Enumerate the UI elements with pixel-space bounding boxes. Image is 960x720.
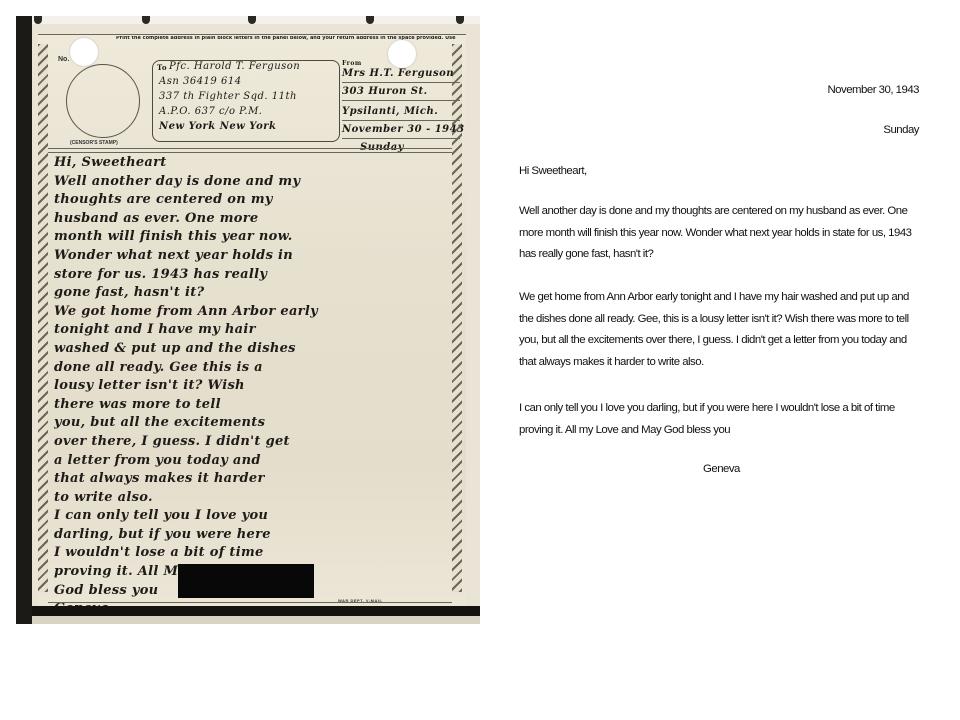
number-label: No. bbox=[58, 56, 69, 63]
scan-border-left bbox=[16, 16, 32, 624]
handwritten-line: month will finish this year now. bbox=[54, 228, 454, 247]
handwritten-line: to write also. bbox=[54, 489, 454, 508]
handwritten-line: there was more to tell bbox=[54, 396, 454, 415]
to-line: 337 th Fighter Sqd. 11th bbox=[159, 91, 297, 102]
to-address-box: To Pfc. Harold T. Ferguson Asn 36419 614… bbox=[152, 60, 340, 142]
handwritten-line: We got home from Ann Arbor early bbox=[54, 303, 454, 322]
from-address-block: From Mrs H.T. Ferguson 303 Huron St. Yps… bbox=[340, 60, 462, 160]
censor-stamp-label: (CENSOR'S STAMP) bbox=[70, 140, 118, 146]
handwritten-line: washed & put up and the dishes bbox=[54, 340, 454, 359]
letter-date: November 30, 1943 bbox=[827, 84, 919, 96]
greeting: Hi Sweetheart, bbox=[519, 161, 919, 183]
hatched-margin-left bbox=[38, 44, 48, 592]
scan-border-top bbox=[32, 16, 480, 24]
handwritten-line: darling, but if you were here bbox=[54, 526, 454, 545]
handwritten-line: you, but all the excitements bbox=[54, 414, 454, 433]
printed-footer: WAR DEPT. V-MAIL bbox=[338, 598, 382, 603]
handwritten-line: tonight and I have my hair bbox=[54, 321, 454, 340]
paragraph-2: We get home from Ann Arbor early tonight… bbox=[519, 287, 919, 373]
scan-border-bottom bbox=[32, 606, 480, 616]
from-line: November 30 - 1943 bbox=[342, 124, 465, 135]
scanned-letter-image: Print the complete address in plain bloc… bbox=[16, 16, 480, 624]
from-line: 303 Huron St. bbox=[342, 86, 428, 97]
handwritten-line: Wonder what next year holds in bbox=[54, 247, 454, 266]
censor-stamp-circle bbox=[66, 64, 140, 138]
handwritten-line: thoughts are centered on my bbox=[54, 191, 454, 210]
handwritten-line: a letter from you today and bbox=[54, 452, 454, 471]
from-line: Mrs H.T. Ferguson bbox=[342, 68, 454, 79]
letter-day: Sunday bbox=[883, 124, 919, 136]
handwritten-line: done all ready. Gee this is a bbox=[54, 359, 454, 378]
handwritten-line: over there, I guess. I didn't get bbox=[54, 433, 454, 452]
handwritten-line: Hi, Sweetheart bbox=[54, 154, 454, 173]
punch-hole-left bbox=[70, 38, 98, 66]
handwritten-line: lousy letter isn't it? Wish bbox=[54, 377, 454, 396]
to-line: Asn 36419 614 bbox=[159, 76, 242, 87]
redaction-block bbox=[178, 564, 314, 598]
handwritten-letter-body: Hi, Sweetheart Well another day is done … bbox=[54, 154, 454, 619]
from-line: Ypsilanti, Mich. bbox=[342, 106, 438, 117]
handwritten-line: gone fast, hasn't it? bbox=[54, 284, 454, 303]
scan-bottom-strip bbox=[32, 616, 480, 624]
handwritten-line: that always makes it harder bbox=[54, 470, 454, 489]
paragraph-3: I can only tell you I love you darling, … bbox=[519, 398, 919, 441]
handwritten-line: husband as ever. One more bbox=[54, 210, 454, 229]
to-line: New York New York bbox=[159, 121, 276, 132]
handwritten-line: I wouldn't lose a bit of time bbox=[54, 544, 454, 563]
to-line: A.P.O. 637 c/o P.M. bbox=[159, 106, 262, 117]
handwritten-line: I can only tell you I love you bbox=[54, 507, 454, 526]
paragraph-1: Well another day is done and my thoughts… bbox=[519, 201, 919, 266]
to-label: To bbox=[157, 63, 167, 72]
handwritten-line: store for us. 1943 has really bbox=[54, 266, 454, 285]
to-line: Pfc. Harold T. Ferguson bbox=[169, 61, 300, 72]
from-label: From bbox=[342, 60, 362, 67]
signature: Geneva bbox=[703, 463, 740, 475]
handwritten-line: Well another day is done and my bbox=[54, 173, 454, 192]
